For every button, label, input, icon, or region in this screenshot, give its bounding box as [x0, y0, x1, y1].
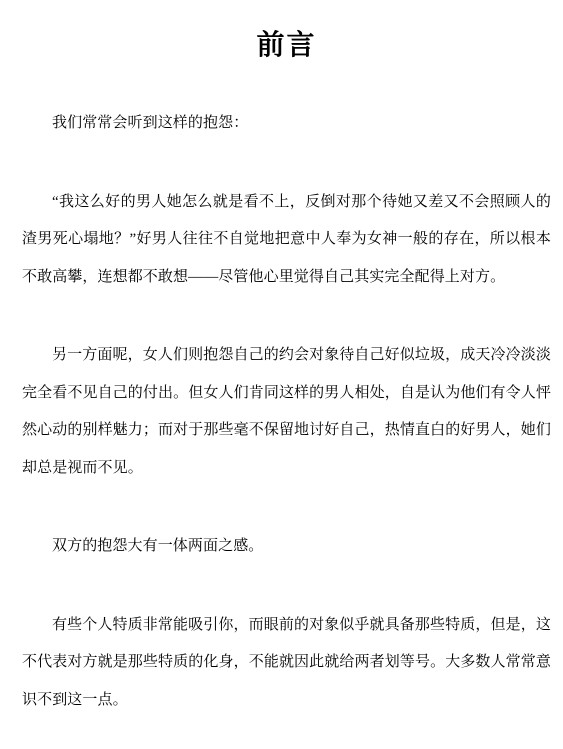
paragraph-intro: 我们常常会听到这样的抱怨：	[22, 105, 551, 143]
document-page: 前言 我们常常会听到这样的抱怨： “我这么好的男人她怎么就是看不上，反倒对那个待…	[0, 0, 563, 749]
paragraph-quote-complaint: “我这么好的男人她怎么就是看不上，反倒对那个待她又差又不会照顾人的渣男死心塌地？…	[22, 184, 551, 297]
paragraph-women-complaint: 另一方面呢，女人们则抱怨自己的约会对象待自己好似垃圾，成天冷冷淡淡完全看不见自己…	[22, 337, 551, 487]
page-title: 前言	[22, 26, 551, 64]
paragraph-traits: 有些个人特质非常能吸引你，而眼前的对象似乎就具备那些特质，但是，这不代表对方就是…	[22, 607, 551, 720]
paragraph-two-sides: 双方的抱怨大有一体两面之感。	[22, 528, 551, 566]
